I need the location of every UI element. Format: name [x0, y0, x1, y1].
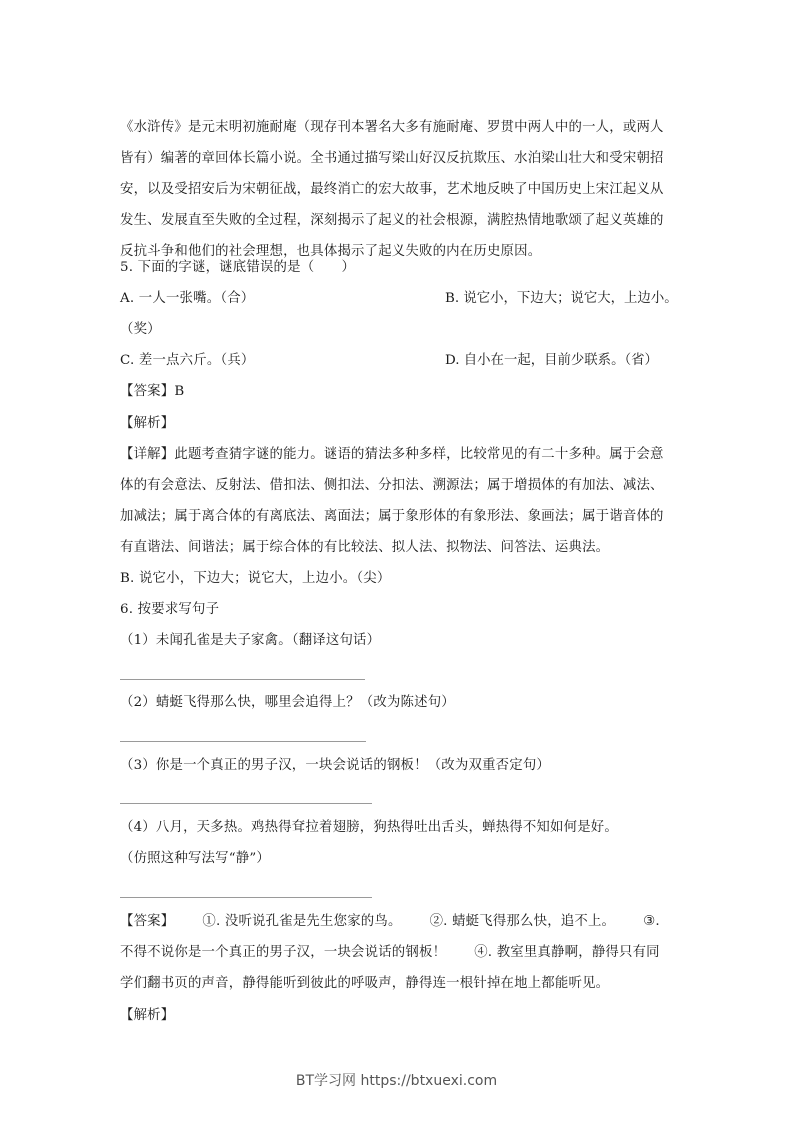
q6-answer-4-cont: 学们翻书页的声音，静得能听到彼此的呼吸声，静得连一根针掉在地上都能听见。	[120, 974, 609, 994]
q6-answer-4: ④. 教室里真静啊，静得只有同	[474, 945, 660, 960]
q6-answer-1: ①. 没听说孔雀是先生您家的鸟。	[202, 914, 401, 929]
q6-answer-3-num: ③.	[643, 914, 660, 929]
intro-line: 安，以及受招安后为宋朝征战，最终消亡的宏大故事，艺术地反映了中国历史上宋江起义从	[120, 180, 664, 200]
q5-option-c: C. 差一点六斤。（兵）	[120, 351, 255, 371]
answer-blank-1	[120, 679, 365, 680]
q6-answer-line-1: 【答案】①. 没听说孔雀是先生您家的鸟。②. 蜻蜓飞得那么快，追不上。③.	[120, 912, 660, 932]
document-page: 《水浒传》是元末明初施耐庵（现存刊本署名大多有施耐庵、罗贯中两人中的一人，或两人…	[0, 0, 793, 1122]
q6-item-4-cont: （仿照这种写法写“静”）	[120, 849, 270, 869]
q5-analysis-label: 【解析】	[120, 414, 174, 434]
q6-answer-label: 【答案】	[120, 914, 174, 929]
q6-answer-line-2: 不得不说你是一个真正的男子汉，一块会说话的钢板！④. 教室里真静啊，静得只有同	[120, 943, 660, 963]
q5-option-a: A. 一人一张嘴。（合）	[120, 289, 254, 309]
q5-detail-line: 体的有会意法、反射法、借扣法、侧扣法、分扣法、溯源法；属于增损体的有加法、减法、	[120, 476, 664, 496]
answer-blank-2	[120, 741, 366, 742]
q6-stem: 6. 按要求写句子	[120, 600, 219, 620]
intro-line: 皆有）编著的章回体长篇小说。全书通过描写梁山好汉反抗欺压、水泊梁山壮大和受宋朝招	[120, 149, 664, 169]
q6-analysis-label: 【解析】	[120, 1006, 174, 1026]
q5-detail-line: 加减法；属于离合体的有离底法、离面法；属于象形体的有象形法、象画法；属于谐音体的	[120, 507, 664, 527]
q5-detail-line: 有直谐法、间谐法；属于综合体的有比较法、拟人法、拟物法、问答法、运典法。	[120, 538, 609, 558]
q6-item-3: （3）你是一个真正的男子汉，一块会说话的钢板！（改为双重否定句）	[120, 756, 550, 776]
q6-item-1: （1）未闻孔雀是夫子家禽。（翻译这句话）	[120, 631, 380, 651]
q5-option-b-cont: （奖）	[120, 320, 161, 340]
q6-answer-2: ②. 蜻蜓飞得那么快，追不上。	[430, 914, 616, 929]
answer-blank-4	[120, 897, 372, 898]
q5-option-d: D. 自小在一起，目前少联系。（省）	[445, 351, 658, 371]
q6-item-2: （2）蜻蜓飞得那么快，哪里会追得上？（改为陈述句）	[120, 693, 455, 713]
q6-answer-3: 不得不说你是一个真正的男子汉，一块会说话的钢板！	[120, 945, 446, 960]
q6-item-4: （4）八月，天多热。鸡热得耷拉着翅膀，狗热得吐出舌头，蝉热得不知如何是好。	[120, 818, 618, 838]
q5-stem: 5. 下面的字谜，谜底错误的是（ ）	[120, 258, 355, 278]
q5-detail-line: 【详解】此题考查猜字谜的能力。谜语的猜法多种多样，比较常见的有二十多种。属于会意	[120, 445, 664, 465]
q5-correction: B. 说它小，下边大；说它大，上边小。（尖）	[120, 569, 390, 589]
q5-option-b: B. 说它小，下边大；说它大，上边小。	[445, 289, 678, 309]
q5-answer: 【答案】B	[120, 382, 184, 402]
answer-blank-3	[120, 803, 372, 804]
footer-watermark: BT学习网 https://btxuexi.com	[0, 1070, 793, 1090]
intro-line: 发生、发展直至失败的全过程，深刻揭示了起义的社会根源，满腔热情地歌颂了起义英雄的	[120, 211, 664, 231]
intro-line: 《水浒传》是元末明初施耐庵（现存刊本署名大多有施耐庵、罗贯中两人中的一人，或两人	[120, 118, 664, 138]
